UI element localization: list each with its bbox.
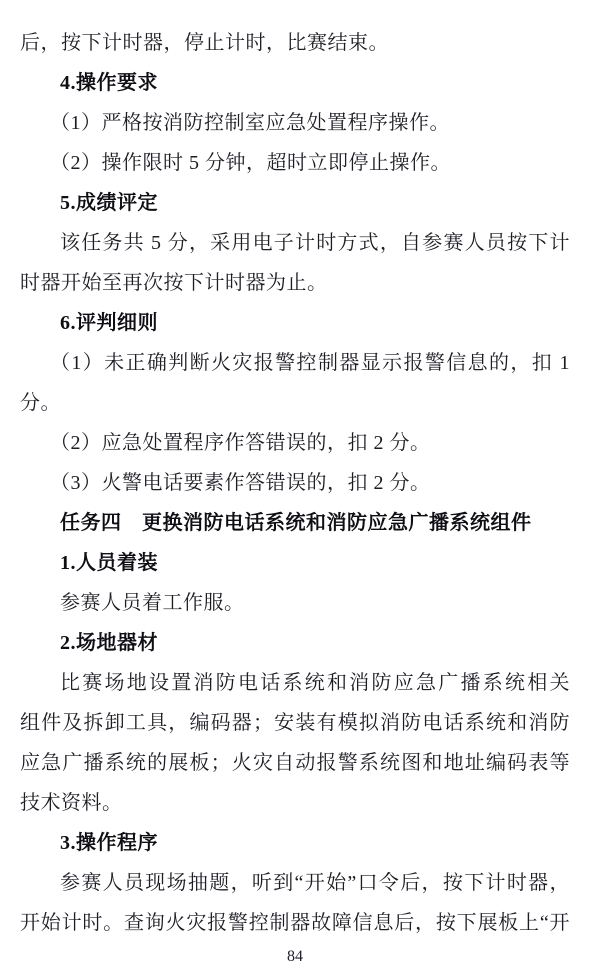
- text-line: （1）未正确判断火灾报警控制器显示报警信息的，扣 1: [20, 343, 570, 383]
- heading-line: 4.操作要求: [20, 63, 570, 103]
- text-line: 参赛人员现场抽题，听到“开始”口令后，按下计时器，: [20, 863, 570, 903]
- text-line: 时器开始至再次按下计时器为止。: [20, 263, 570, 303]
- text-line: （2）应急处置程序作答错误的，扣 2 分。: [20, 423, 570, 463]
- text-line: 应急广播系统的展板；火灾自动报警系统图和地址编码表等: [20, 743, 570, 783]
- page-number: 84: [20, 943, 570, 971]
- heading-line: 3.操作程序: [20, 823, 570, 863]
- text-line: 技术资料。: [20, 783, 570, 823]
- heading-line: 1.人员着装: [20, 543, 570, 583]
- text-line: 该任务共 5 分，采用电子计时方式，自参赛人员按下计: [20, 223, 570, 263]
- task-heading-line: 任务四 更换消防电话系统和消防应急广播系统组件: [20, 503, 570, 543]
- heading-line: 6.评判细则: [20, 303, 570, 343]
- heading-line: 5.成绩评定: [20, 183, 570, 223]
- text-line: 参赛人员着工作服。: [20, 583, 570, 623]
- text-line: （1）严格按消防控制室应急处置程序操作。: [20, 103, 570, 143]
- text-line: 组件及拆卸工具，编码器；安装有模拟消防电话系统和消防: [20, 703, 570, 743]
- text-line: 后，按下计时器，停止计时，比赛结束。: [20, 23, 570, 63]
- text-line: 分。: [20, 383, 570, 423]
- text-line: （2）操作限时 5 分钟，超时立即停止操作。: [20, 143, 570, 183]
- text-line: 比赛场地设置消防电话系统和消防应急广播系统相关: [20, 663, 570, 703]
- text-line: （3）火警电话要素作答错误的，扣 2 分。: [20, 463, 570, 503]
- document-page: 后，按下计时器，停止计时，比赛结束。 4.操作要求 （1）严格按消防控制室应急处…: [0, 0, 604, 971]
- text-line: 开始计时。查询火灾报警控制器故障信息后，按下展板上“开: [20, 903, 570, 943]
- heading-line: 2.场地器材: [20, 623, 570, 663]
